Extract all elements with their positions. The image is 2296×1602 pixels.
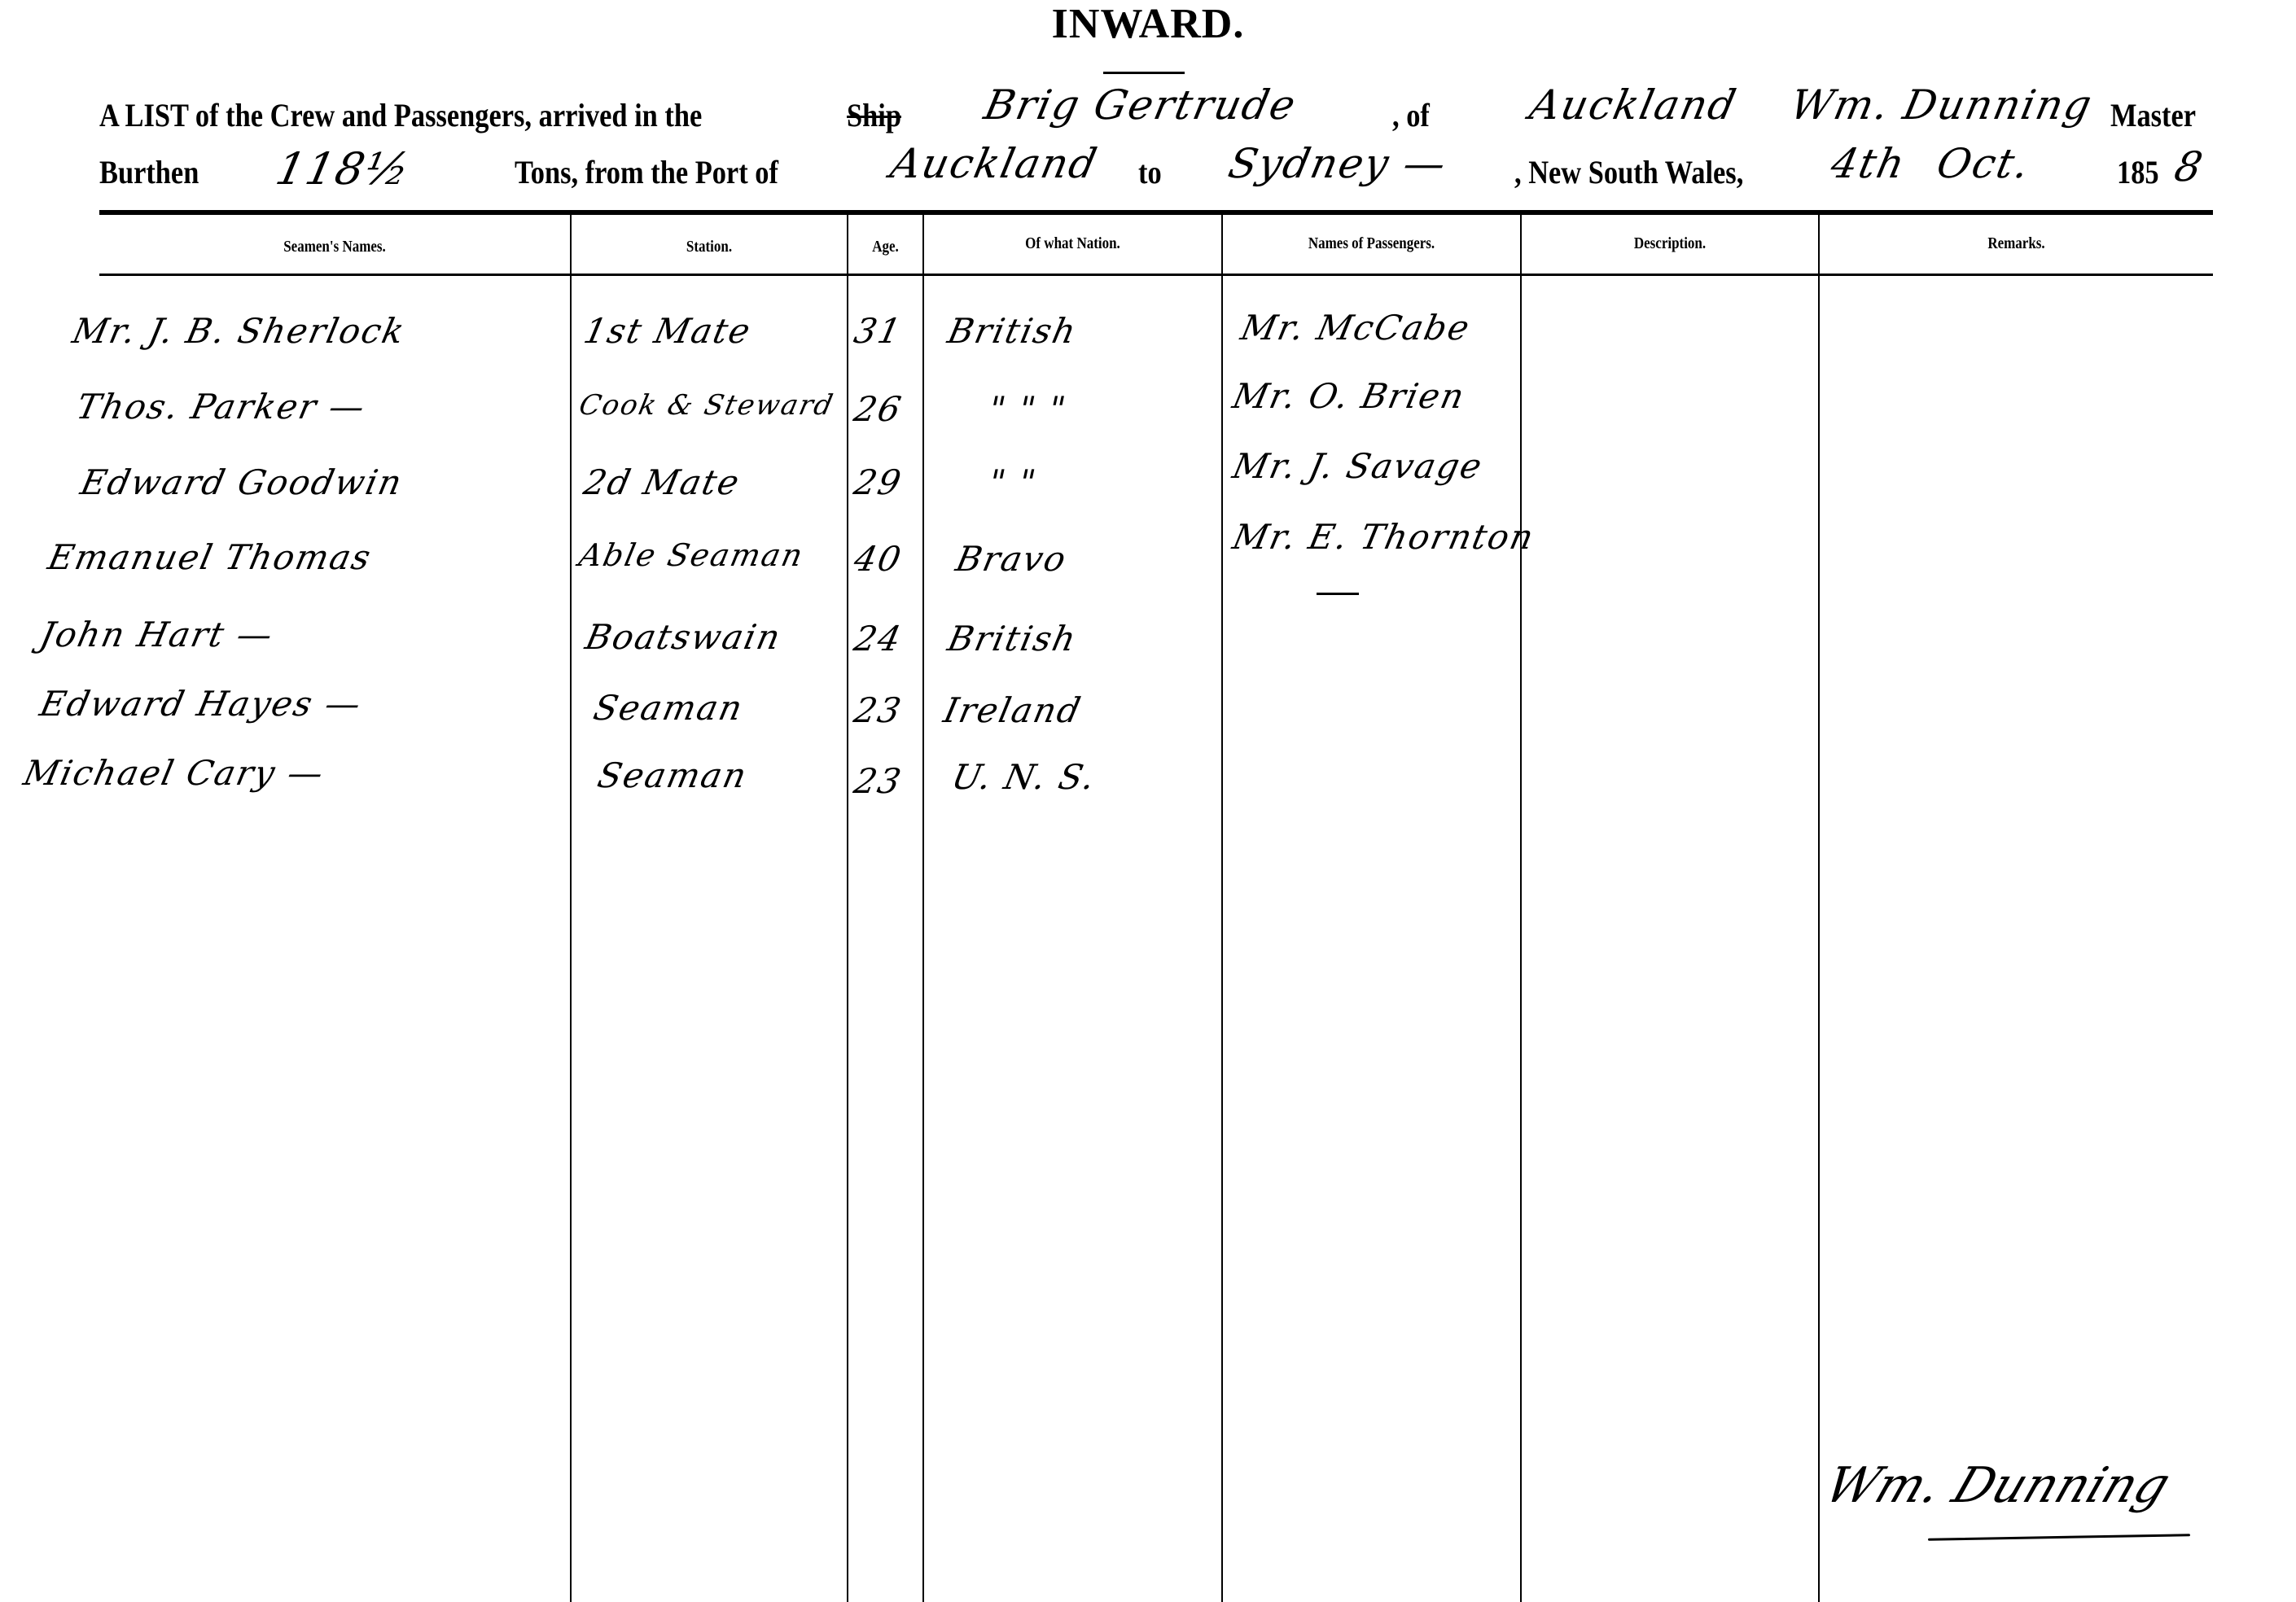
year-printed: 185 bbox=[2117, 153, 2159, 191]
date-day: 4th bbox=[1827, 140, 1910, 187]
crew-nation: British bbox=[944, 619, 1081, 659]
crew-name: Emanuel Thomas bbox=[45, 537, 375, 577]
col-header-age: Age. bbox=[854, 238, 917, 256]
crew-age: 26 bbox=[851, 389, 906, 429]
crew-station: Cook & Steward bbox=[576, 389, 837, 422]
column-divider-1 bbox=[570, 215, 572, 1602]
crew-name: John Hart — bbox=[37, 615, 278, 654]
master-name: Wm. Dunning bbox=[1786, 81, 2097, 129]
burthen-tons: 118½ bbox=[271, 143, 415, 195]
crew-nation: U. N. S. bbox=[949, 757, 1100, 797]
crew-nation: Ireland bbox=[940, 690, 1085, 730]
header-to-label: to bbox=[1138, 153, 1162, 191]
column-divider-2 bbox=[847, 215, 848, 1602]
header-master-label: Master bbox=[2110, 96, 2196, 134]
signature-underline bbox=[1928, 1534, 2190, 1541]
col-header-remarks: Remarks. bbox=[1849, 234, 2184, 253]
header-nsw-label: , New South Wales, bbox=[1514, 153, 1743, 191]
crew-age: 40 bbox=[851, 539, 906, 579]
title-underline bbox=[1103, 72, 1185, 74]
crew-station: Boatswain bbox=[582, 617, 786, 657]
header-line1-prefix: A LIST of the Crew and Passengers, arriv… bbox=[99, 96, 702, 134]
crew-age: 31 bbox=[851, 311, 906, 351]
crew-nation: " " bbox=[985, 462, 1041, 502]
crew-name: Edward Goodwin bbox=[77, 462, 407, 502]
crew-age: 29 bbox=[851, 462, 906, 502]
crew-name: Mr. J. B. Sherlock bbox=[69, 311, 410, 351]
crew-age: 23 bbox=[851, 690, 906, 730]
passenger-list-end-mark bbox=[1317, 593, 1359, 595]
column-divider-5 bbox=[1520, 215, 1522, 1602]
col-header-passengers: Names of Passengers. bbox=[1245, 234, 1497, 253]
header-top-rule bbox=[99, 210, 2213, 215]
crew-nation: " " " bbox=[985, 389, 1071, 429]
passenger-name: Mr. J. Savage bbox=[1229, 446, 1487, 486]
home-port: Auckland bbox=[1526, 81, 1742, 129]
col-header-station: Station. bbox=[592, 238, 826, 256]
crew-age: 24 bbox=[851, 619, 906, 659]
header-of-label: , of bbox=[1392, 96, 1430, 134]
column-divider-4 bbox=[1221, 215, 1223, 1602]
col-header-description: Description. bbox=[1544, 234, 1795, 253]
column-divider-3 bbox=[922, 215, 924, 1602]
to-port: Sydney — bbox=[1225, 140, 1452, 187]
crew-name: Thos. Parker — bbox=[73, 387, 370, 427]
col-header-nation: Of what Nation. bbox=[946, 234, 1198, 253]
crew-nation: Bravo bbox=[953, 539, 1071, 579]
from-port: Auckland bbox=[887, 140, 1102, 187]
crew-station: 2d Mate bbox=[581, 462, 744, 502]
master-signature: Wm. Dunning bbox=[1817, 1457, 2177, 1514]
crew-station: Able Seaman bbox=[576, 537, 807, 573]
header-burthen-label: Burthen bbox=[99, 153, 199, 191]
header-ship-struck: Ship bbox=[847, 96, 901, 134]
passenger-name: Mr. E. Thornton bbox=[1229, 517, 1539, 557]
column-header-bottom-rule bbox=[99, 274, 2213, 276]
crew-name: Edward Hayes — bbox=[37, 684, 366, 724]
year-handwritten: 8 bbox=[2171, 143, 2208, 190]
crew-station: 1st Mate bbox=[581, 311, 756, 351]
crew-nation: British bbox=[944, 311, 1081, 351]
crew-name: Michael Cary — bbox=[20, 753, 328, 793]
passenger-name: Mr. McCabe bbox=[1238, 308, 1474, 348]
passenger-name: Mr. O. Brien bbox=[1229, 376, 1470, 416]
crew-age: 23 bbox=[851, 761, 906, 801]
document-title: INWARD. bbox=[0, 0, 2296, 48]
crew-station: Seaman bbox=[590, 688, 747, 728]
header-tons-from-label: Tons, from the Port of bbox=[515, 153, 778, 191]
column-divider-6 bbox=[1818, 215, 1820, 1602]
crew-station: Seaman bbox=[594, 755, 751, 795]
date-month: Oct. bbox=[1933, 140, 2035, 187]
col-header-seamens-names: Seamen's Names. bbox=[134, 238, 534, 256]
vessel-name: Brig Gertrude bbox=[980, 81, 1301, 129]
